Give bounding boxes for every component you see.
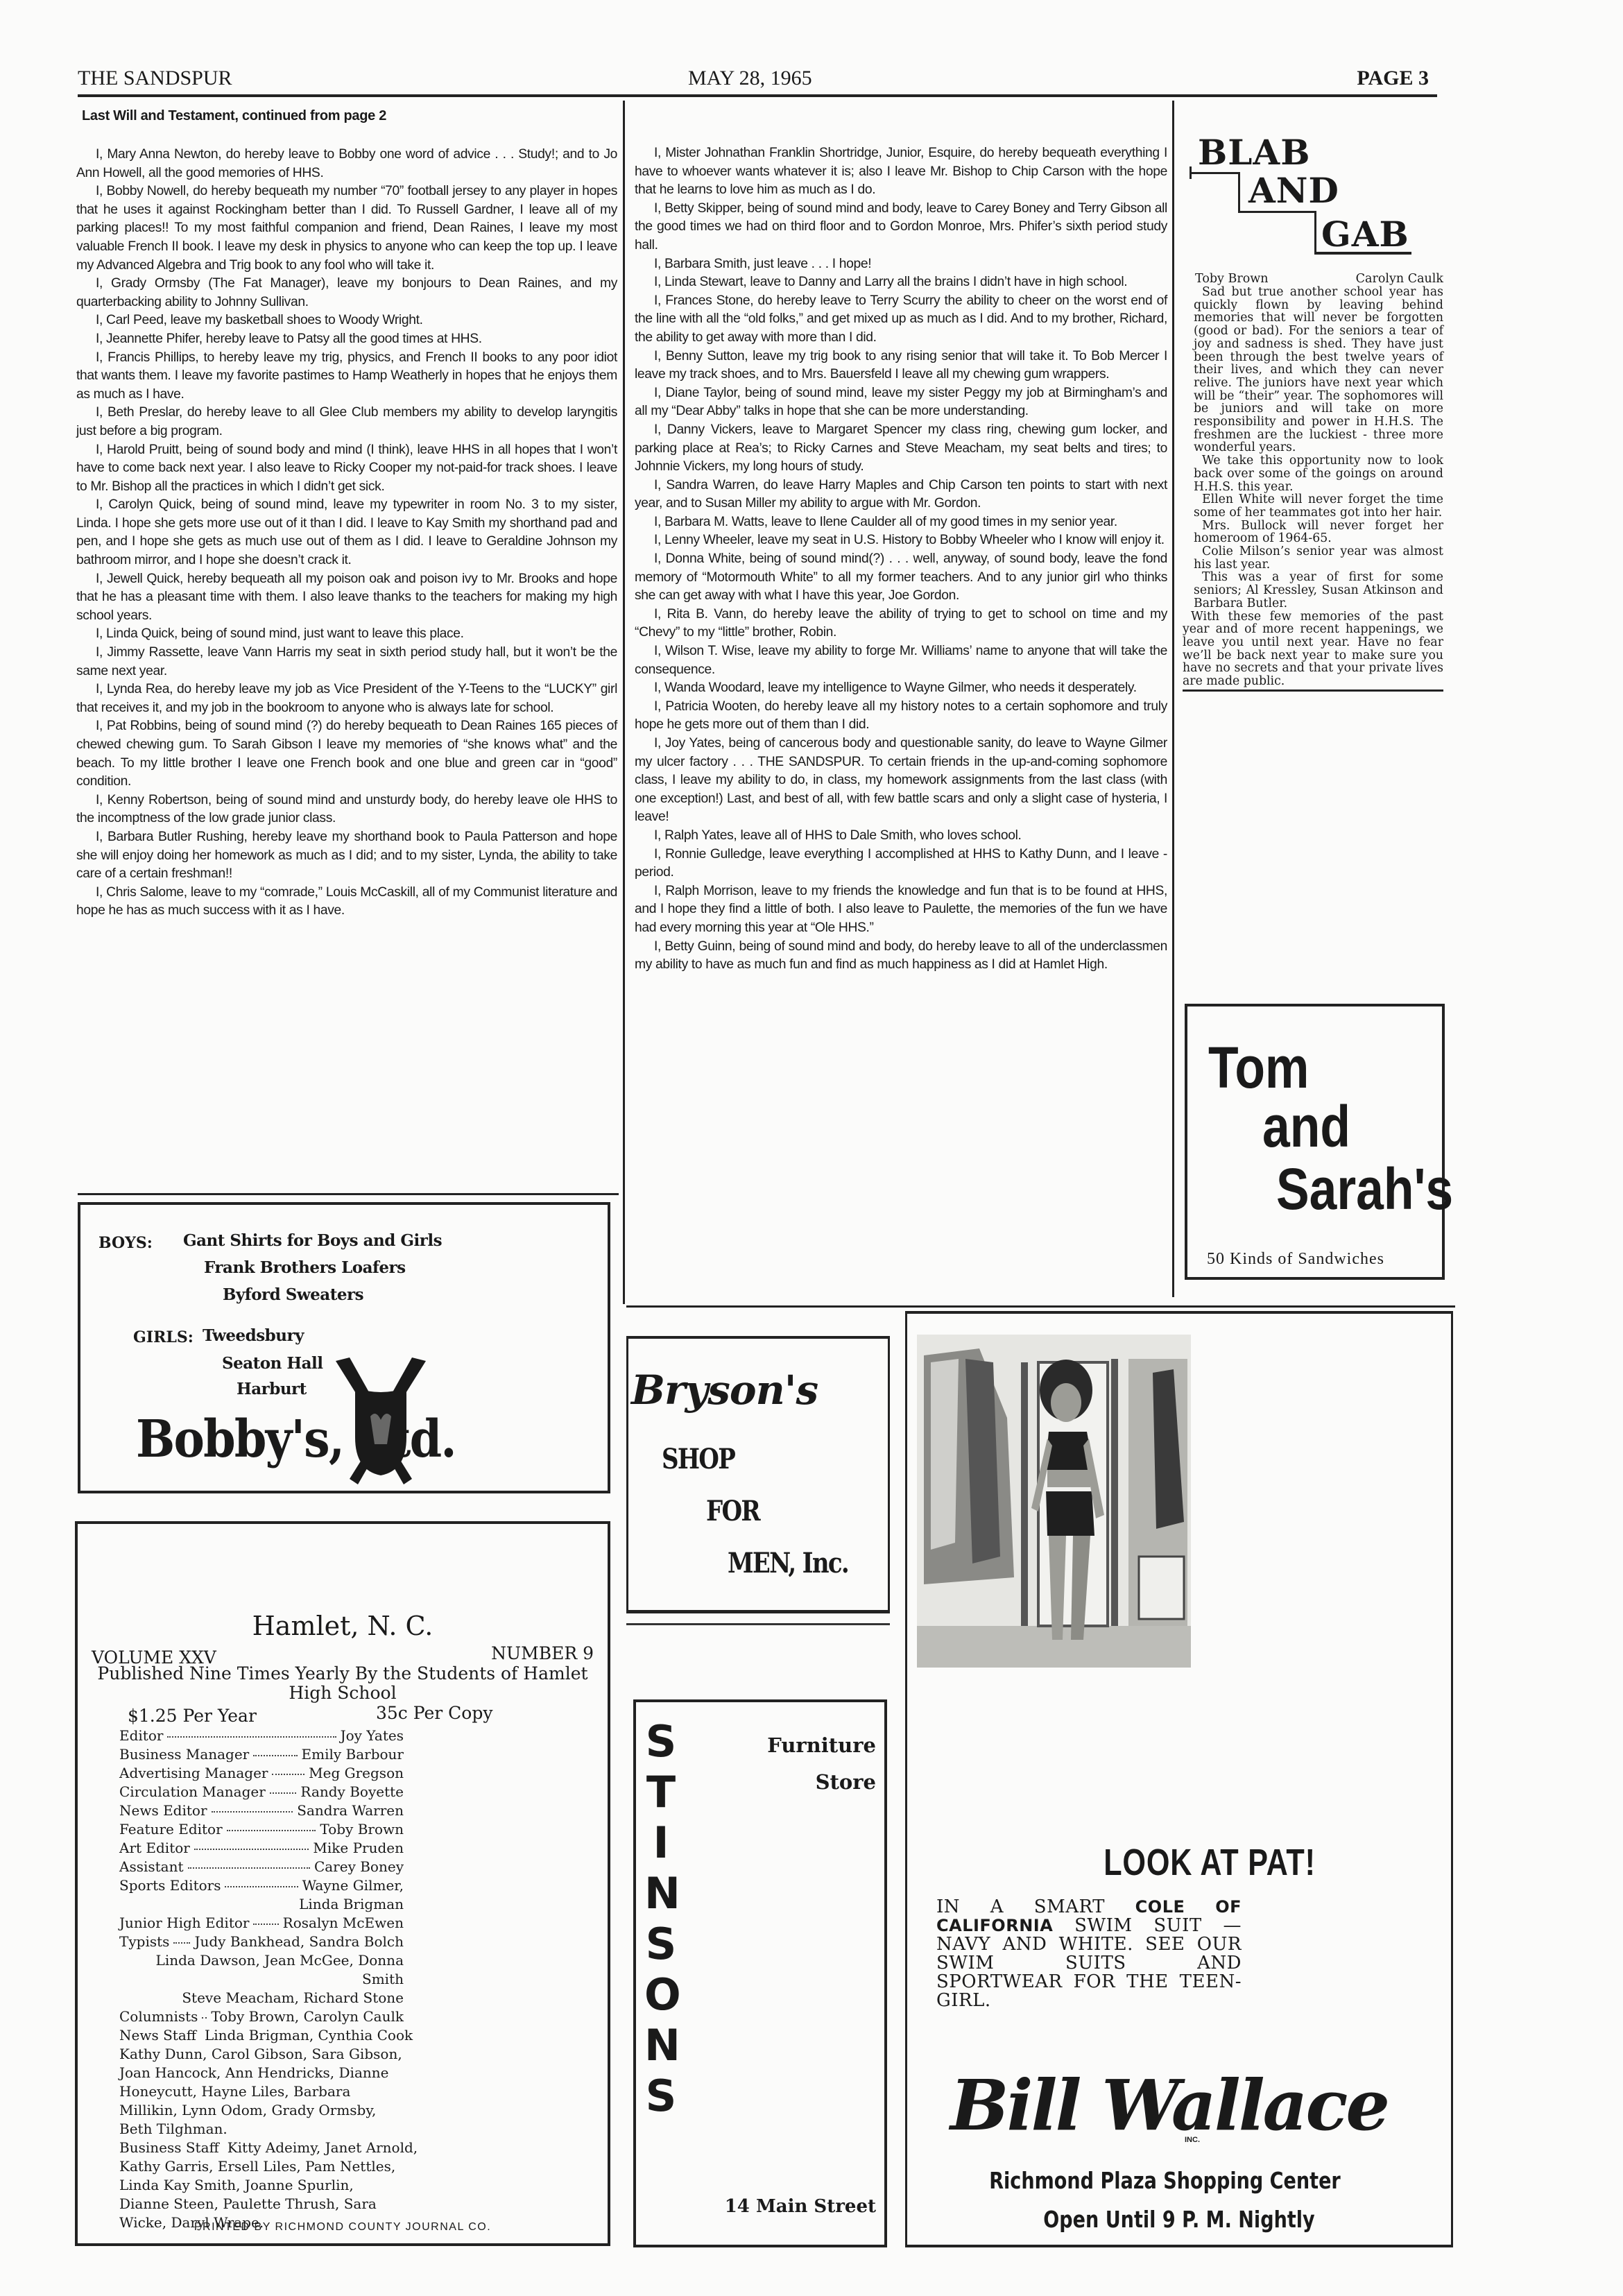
will-entry: I, Francis Phillips, to hereby leave my … — [76, 349, 617, 404]
will-entry: I, Grady Ormsby (The Fat Manager), leave… — [76, 275, 617, 311]
staff-row: Art EditorMike Pruden — [119, 1839, 404, 1858]
column-paragraph: This was a year of first for some senior… — [1194, 571, 1443, 610]
staff-row: TypistsJudy Bankhead, Sandra Bolch — [119, 1933, 404, 1951]
will-entry: I, Lenny Wheeler, leave my seat in U.S. … — [635, 531, 1167, 550]
will-entry: I, Wilson T. Wise, leave my ability to f… — [635, 642, 1167, 679]
staff-row: News StaffLinda Brigman, Cynthia Cook — [119, 2026, 404, 2045]
ad-body: IN A SMART COLE OF CALIFORNIA SWIM SUIT … — [936, 1898, 1242, 2010]
boys-item: Byford Sweaters — [223, 1285, 363, 1304]
ad-tagline: 50 Kinds of Sandwiches — [1207, 1250, 1384, 1269]
will-entry: I, Ralph Yates, leave all of HHS to Dale… — [635, 827, 1167, 846]
staff-row: Sports EditorsWayne Gilmer, — [119, 1876, 404, 1895]
boys-item: Gant Shirts for Boys and Girls — [183, 1231, 442, 1250]
will-entry: I, Mary Anna Newton, do hereby leave to … — [76, 146, 617, 182]
ad-line: Tom — [1208, 1034, 1309, 1102]
will-entry: I, Linda Quick, being of sound mind, jus… — [76, 625, 617, 644]
will-entry: I, Beth Preslar, do hereby leave to all … — [76, 404, 617, 440]
will-entry: I, Jimmy Rassette, leave Vann Harris my … — [76, 644, 617, 680]
price-per-year: $1.25 Per Year — [128, 1706, 257, 1726]
letter: T — [644, 1767, 678, 1817]
news-staff-list: Kathy Dunn, Carol Gibson, Sara Gibson, J… — [119, 2045, 404, 2139]
staff-row: EditorJoy Yates — [119, 1727, 404, 1745]
tom-and-sarahs-ad: Tom and Sarah's 50 Kinds of Sandwiches — [1185, 1004, 1445, 1280]
store-hours: Open Until 9 P. M. Nightly — [956, 2206, 1402, 2233]
will-entry: I, Frances Stone, do hereby leave to Ter… — [635, 292, 1167, 348]
swimsuit-photo — [917, 1335, 1191, 1668]
crest-icon — [329, 1354, 433, 1486]
staff-row-continued: Linda Brigman — [119, 1895, 404, 1914]
stinsons-ad: S T I N S O N S Furniture Store 14 Main … — [633, 1699, 887, 2247]
will-entry: I, Chris Salome, leave to my “comrade,” … — [76, 884, 617, 920]
staff-list: EditorJoy Yates Business ManagerEmily Ba… — [119, 1727, 404, 2232]
printer-credit: PRINTED BY RICHMOND COUNTY JOURNAL CO. — [78, 2221, 608, 2234]
will-entry: I, Jeannette Phifer, hereby leave to Pat… — [76, 330, 617, 349]
staff-row: Business StaffKitty Adeimy, Janet Arnold… — [119, 2139, 404, 2157]
will-entry: I, Jewell Quick, hereby bequeath all my … — [76, 570, 617, 626]
letter: N — [644, 2020, 678, 2071]
will-entry: I, Donna White, being of sound mind(?) .… — [635, 550, 1167, 606]
blab-and-gab-column: BLAB AND GAB Toby Brown Carolyn Caulk Sa… — [1183, 132, 1446, 692]
bobbys-ltd-ad: BOYS: Gant Shirts for Boys and Girls Fra… — [78, 1202, 610, 1493]
staff-row-continued: Steve Meacham, Richard Stone — [119, 1989, 404, 2007]
will-entry: I, Ronnie Gulledge, leave everything I a… — [635, 846, 1167, 882]
column-rule — [1172, 101, 1174, 1297]
column-paragraph: Colie Milson’s senior year was almost hi… — [1194, 545, 1443, 571]
column-title: BLAB AND GAB — [1183, 132, 1446, 271]
column-body: Sad but true another school year has qui… — [1183, 286, 1446, 692]
will-entry: I, Joy Yates, being of cancerous body an… — [635, 735, 1167, 827]
staff-row: AssistantCarey Boney — [119, 1858, 404, 1876]
ad-line: Furniture — [767, 1733, 876, 1757]
column-paragraph: Mrs. Bullock will never forget her homer… — [1194, 520, 1443, 545]
store-location: Richmond Plaza Shopping Center — [956, 2167, 1402, 2194]
will-entry: I, Patricia Wooten, do hereby leave all … — [635, 698, 1167, 735]
letter: S — [644, 2071, 678, 2121]
letter: S — [644, 1716, 678, 1767]
column-rule — [623, 101, 625, 1304]
column-paragraph: We take this opportunity now to look bac… — [1194, 454, 1443, 493]
girls-item: Tweedsbury — [203, 1326, 304, 1345]
letter: O — [644, 1969, 678, 2020]
boys-item: Frank Brothers Loafers — [204, 1258, 406, 1277]
brysons-script-logo: Bryson's — [631, 1367, 818, 1414]
page-masthead: THE SANDSPUR MAY 28, 1965 PAGE 3 — [78, 64, 1437, 97]
letter: S — [644, 1919, 678, 1969]
will-entry: I, Barbara Smith, just leave . . . I hop… — [635, 255, 1167, 274]
will-entry: I, Lynda Rea, do hereby leave my job as … — [76, 680, 617, 717]
column-closing: With these few memories of the past year… — [1183, 610, 1443, 692]
column-bylines: Toby Brown Carolyn Caulk — [1183, 272, 1446, 286]
will-entry: I, Barbara Butler Rushing, hereby leave … — [76, 828, 617, 884]
ad-line: SHOP — [662, 1443, 735, 1475]
will-entry: I, Bobby Nowell, do hereby bequeath my n… — [76, 182, 617, 275]
girls-item: Seaton Hall — [222, 1354, 323, 1373]
will-entry: I, Kenny Robertson, being of sound mind … — [76, 791, 617, 828]
issue-number: NUMBER 9 — [491, 1643, 594, 1663]
will-entry: I, Benny Sutton, leave my trig book to a… — [635, 348, 1167, 384]
ad-line: Store — [816, 1770, 876, 1794]
column-rule — [78, 1193, 619, 1195]
boys-label: BOYS: — [98, 1234, 153, 1252]
will-entry: I, Ralph Morrison, leave to my friends t… — [635, 882, 1167, 938]
letter: N — [644, 1868, 678, 1919]
stinsons-vertical-name: S T I N S O N S — [644, 1716, 678, 2121]
paper-name: THE SANDSPUR — [78, 67, 232, 90]
ad-line: MEN, Inc. — [728, 1547, 848, 1579]
title-step-line — [1314, 211, 1316, 252]
staff-row: Advertising ManagerMeg Gregson — [119, 1764, 404, 1783]
will-entry: I, Barbara M. Watts, leave to Ilene Caul… — [635, 513, 1167, 532]
will-entry: I, Sandra Warren, do leave Harry Maples … — [635, 477, 1167, 513]
staff-row: Junior High EditorRosalyn McEwen — [119, 1914, 404, 1933]
staff-row: Business ManagerEmily Barbour — [119, 1745, 404, 1764]
column-paragraph: Sad but true another school year has qui… — [1194, 286, 1443, 454]
will-entry: I, Diane Taylor, being of sound mind, le… — [635, 384, 1167, 421]
will-entry: I, Danny Vickers, leave to Margaret Spen… — [635, 421, 1167, 477]
issue-date: MAY 28, 1965 — [688, 67, 812, 90]
last-will-column-2: I, Mister Johnathan Franklin Shortridge,… — [635, 144, 1167, 975]
last-will-column-1: I, Mary Anna Newton, do hereby leave to … — [76, 146, 617, 920]
staff-row: ColumnistsToby Brown, Carolyn Caulk — [119, 2007, 404, 2026]
title-step-line — [1314, 252, 1411, 255]
will-entry: I, Linda Stewart, leave to Danny and Lar… — [635, 273, 1167, 292]
will-entry: I, Pat Robbins, being of sound mind (?) … — [76, 717, 617, 791]
staff-row: Feature EditorToby Brown — [119, 1820, 404, 1839]
title-step-line — [1238, 211, 1316, 213]
divider — [626, 1623, 890, 1625]
girls-item: Harburt — [237, 1380, 307, 1398]
column-rule — [626, 1305, 1455, 1308]
will-entry: I, Carl Peed, leave my basketball shoes … — [76, 311, 617, 330]
will-entry: I, Betty Guinn, being of sound mind and … — [635, 938, 1167, 975]
brysons-ad: Bryson's SHOP FOR MEN, Inc. — [626, 1336, 890, 1613]
staff-row: Circulation ManagerRandy Boyette — [119, 1783, 404, 1801]
bill-wallace-ad: LOOK AT PAT! IN A SMART COLE OF CALIFORN… — [905, 1311, 1453, 2247]
title-word-blab: BLAB — [1198, 132, 1310, 173]
title-step-line — [1238, 172, 1240, 212]
will-entry: I, Betty Skipper, being of sound mind an… — [635, 200, 1167, 255]
will-entry: I, Mister Johnathan Franklin Shortridge,… — [635, 144, 1167, 200]
column-paragraph: Ellen White will never forget the time s… — [1194, 493, 1443, 519]
title-word-and: AND — [1248, 170, 1339, 211]
byline: Carolyn Caulk — [1356, 272, 1443, 286]
publication-note: Published Nine Times Yearly By the Stude… — [78, 1664, 608, 1703]
letter: I — [644, 1817, 678, 1868]
will-entry: I, Carolyn Quick, being of sound mind, l… — [76, 496, 617, 569]
will-entry: I, Rita B. Vann, do hereby leave the abi… — [635, 606, 1167, 642]
price-per-copy: 35c Per Copy — [376, 1703, 492, 1723]
staff-masthead-box: Hamlet, N. C. VOLUME XXV NUMBER 9 Publis… — [75, 1521, 610, 2246]
page-number: PAGE 3 — [1357, 67, 1429, 90]
photo-illustration — [917, 1335, 1191, 1668]
ad-line: FOR — [706, 1495, 759, 1527]
ad-line: and — [1262, 1093, 1350, 1160]
bill-wallace-logo: Bill Wallace — [950, 2064, 1388, 2146]
girls-label: GIRLS: — [133, 1328, 194, 1346]
store-address: 14 Main Street — [725, 2196, 876, 2217]
byline: Toby Brown — [1195, 272, 1269, 286]
ad-line: Sarah's — [1276, 1156, 1453, 1223]
ad-headline: LOOK AT PAT! — [961, 1841, 1396, 1884]
staff-row: News EditorSandra Warren — [119, 1801, 404, 1820]
will-entry: I, Wanda Woodard, leave my intelligence … — [635, 679, 1167, 698]
city-name: Hamlet, N. C. — [78, 1611, 608, 1641]
logo-suffix: INC. — [1185, 2136, 1200, 2144]
title-word-gab: GAB — [1321, 214, 1409, 255]
article-kicker: Last Will and Testament, continued from … — [82, 108, 386, 124]
will-entry: I, Harold Pruitt, being of sound body an… — [76, 441, 617, 497]
title-step-line — [1190, 172, 1239, 174]
staff-row-continued: Linda Dawson, Jean McGee, Donna Smith — [119, 1951, 404, 1989]
